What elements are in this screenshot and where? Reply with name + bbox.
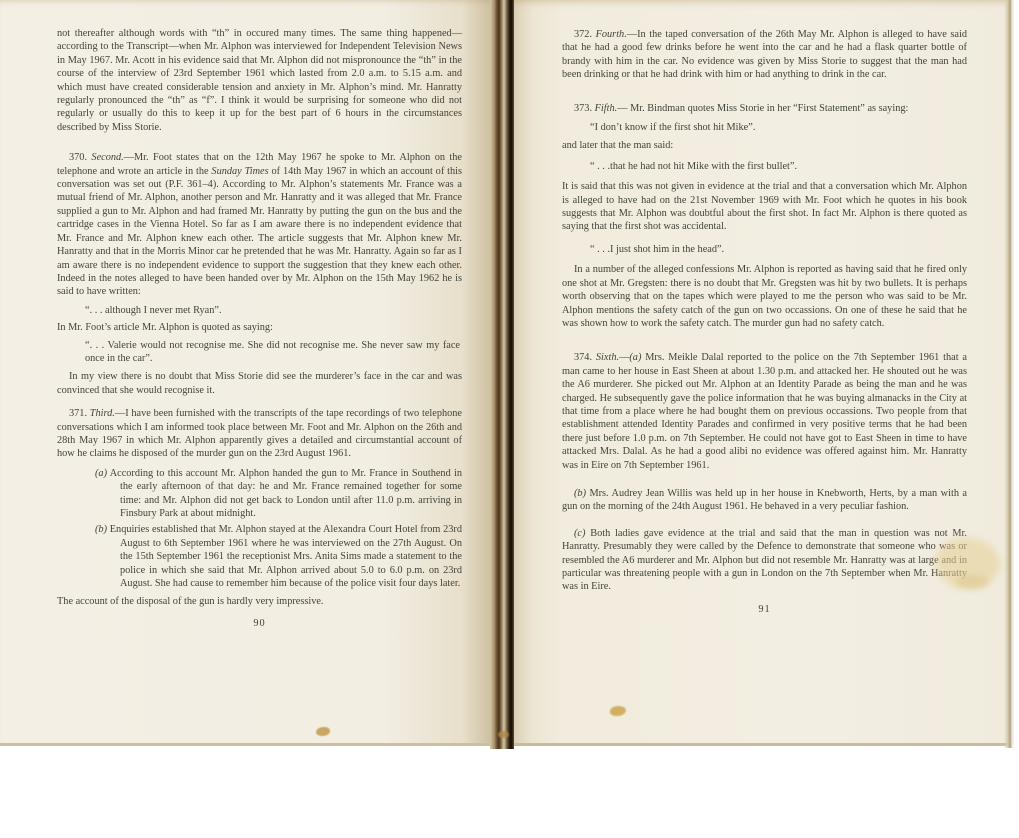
paragraph: (b) Mrs. Audrey Jean Willis was held up …	[562, 487, 967, 514]
italic-text-run: Third.	[90, 408, 115, 419]
text-run: 373.	[574, 103, 595, 114]
text-run: Mrs. Audrey Jean Willis was held up in h…	[562, 488, 967, 512]
text-run: In a number of the alleged confessions M…	[562, 264, 967, 329]
italic-text-run: (a)	[95, 468, 107, 479]
paragraph: In Mr. Foot’s article Mr. Alphon is quot…	[57, 321, 462, 334]
text-run: Mrs. Meikle Dalal reported to the police…	[562, 352, 967, 470]
paragraph: not thereafter although words with “th” …	[57, 27, 462, 134]
paragraph: (c) Both ladies gave evidence at the tri…	[562, 527, 967, 594]
page-right: 372. Fourth.—In the taped conversation o…	[514, 0, 1010, 746]
text-run: Both ladies gave evidence at the trial a…	[562, 528, 967, 593]
list-item: (b) Enquiries established that Mr. Alpho…	[120, 523, 462, 590]
paragraph: 374. Sixth.—(a) Mrs. Meikle Dalal report…	[562, 351, 967, 472]
paragraph: 373. Fifth.— Mr. Bindman quotes Miss Sto…	[562, 102, 967, 115]
text-run: 91	[758, 604, 770, 615]
page-edge	[1004, 0, 1014, 748]
italic-text-run: (a)	[629, 352, 641, 363]
text-run: —I have been furnished with the transcri…	[57, 408, 462, 459]
quotation: “. . . although I never met Ryan”.	[85, 304, 460, 317]
paragraph: In a number of the alleged confessions M…	[562, 263, 967, 330]
quotation: “. . . Valerie would not recognise me. S…	[85, 339, 460, 366]
text-run: 374.	[574, 352, 596, 363]
text-run: It is said that this was not given in ev…	[562, 181, 967, 232]
page-number: 90	[57, 617, 462, 630]
text-run: “. . . although I never met Ryan”.	[85, 305, 222, 316]
text-run: 372.	[574, 29, 596, 40]
italic-text-run: Second.	[91, 152, 123, 163]
italic-text-run: (b)	[95, 524, 107, 535]
book-gutter-shadow	[490, 0, 514, 749]
quotation: “ . . .I just shot him in the head”.	[590, 243, 965, 256]
quotation: “I don’t know if the first shot hit Mike…	[590, 121, 965, 134]
book-spread: not thereafter although words with “th” …	[0, 0, 1019, 838]
page-number: 91	[562, 603, 967, 616]
text-run: In Mr. Foot’s article Mr. Alphon is quot…	[57, 322, 273, 333]
paragraph: In my view there is no doubt that Miss S…	[57, 370, 462, 397]
text-run: The account of the disposal of the gun i…	[57, 596, 324, 607]
italic-text-run: Sixth.	[596, 352, 619, 363]
italic-text-run: (c)	[574, 528, 585, 539]
text-run: “ . . .that he had not hit Mike with the…	[590, 161, 797, 172]
paragraph: The account of the disposal of the gun i…	[57, 595, 462, 608]
italic-text-run: Fourth.	[596, 29, 627, 40]
text-run: —	[619, 352, 629, 363]
italic-text-run: Sunday Times	[211, 166, 268, 177]
paragraph: 370. Second.—Mr. Foot states that on the…	[57, 151, 462, 298]
list-item: (a) According to this account Mr. Alphon…	[120, 467, 462, 521]
paragraph: and later that the man said:	[562, 139, 967, 152]
text-run: “I don’t know if the first shot hit Mike…	[590, 122, 755, 133]
text-run: In my view there is no doubt that Miss S…	[57, 371, 462, 395]
text-run: and later that the man said:	[562, 140, 673, 151]
paragraph: 372. Fourth.—In the taped conversation o…	[562, 28, 967, 82]
text-run: “ . . .I just shot him in the head”.	[590, 244, 724, 255]
text-run: “. . . Valerie would not recognise me. S…	[85, 340, 460, 364]
text-run: 371.	[69, 408, 90, 419]
italic-text-run: (b)	[574, 488, 586, 499]
quotation: “ . . .that he had not hit Mike with the…	[590, 160, 965, 173]
text-run: not thereafter although words with “th” …	[57, 28, 462, 133]
text-run: 370.	[69, 152, 91, 163]
text-run: — Mr. Bindman quotes Miss Storie in her …	[617, 103, 908, 114]
text-run: According to this account Mr. Alphon han…	[107, 468, 462, 519]
italic-text-run: Fifth.	[595, 103, 618, 114]
paragraph: 371. Third.—I have been furnished with t…	[57, 407, 462, 461]
text-run: of 14th May 1967 in which an account of …	[57, 166, 462, 298]
paragraph: It is said that this was not given in ev…	[562, 180, 967, 234]
text-run: Enquiries established that Mr. Alphon st…	[107, 524, 462, 589]
text-run: 90	[253, 618, 265, 629]
page-left: not thereafter although words with “th” …	[0, 0, 492, 746]
